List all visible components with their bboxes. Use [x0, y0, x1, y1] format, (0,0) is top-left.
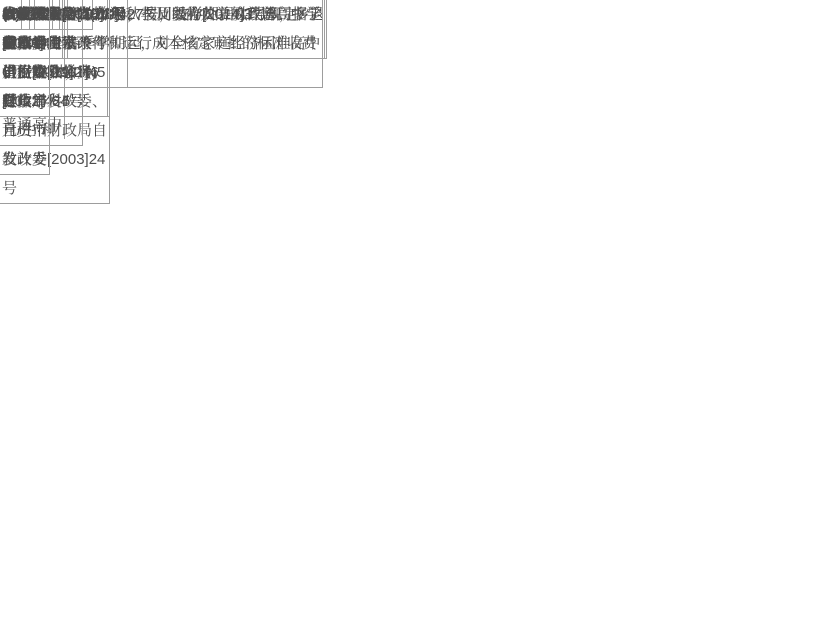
cell-exam-notes: 收费对象为2021年秋季及以前入学的普通高中学 生；: [0, 0, 323, 59]
fee-schedule-table: 普通高中 3.一般高 中 (1)学费 280 (2)普通住 宿费 城镇 80 农…: [0, 0, 820, 640]
